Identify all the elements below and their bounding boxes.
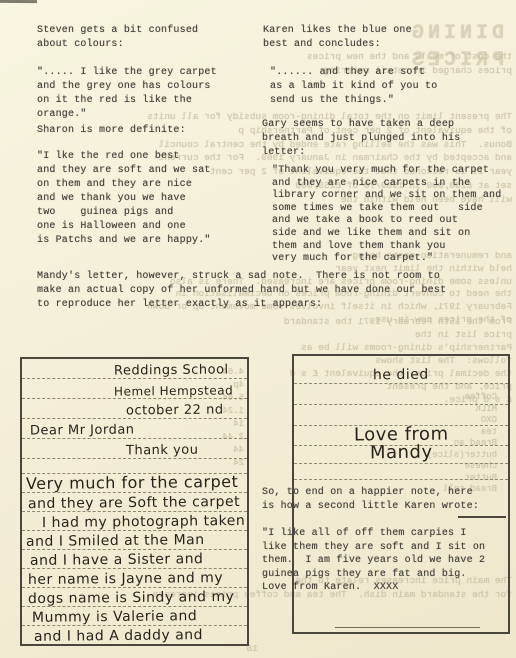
karen2-quote-paragraph: "I like all of off them carpies I like t… — [262, 527, 512, 595]
handwritten-line — [294, 405, 508, 426]
handwritten-line: dogs name is Sindy and my — [22, 588, 247, 607]
handwritten-line: he died — [294, 356, 508, 384]
handwritten-line: and I have a Sister and — [22, 550, 247, 569]
scan-artifact — [0, 0, 37, 3]
mandy-letter-box-page1: Reddings School Hemel Hempstead october … — [20, 357, 249, 646]
sharon-quote-paragraph: "I lke the red one best and they are sof… — [37, 150, 249, 248]
steven-intro-paragraph: Steven gets a bit confused about colours… — [37, 24, 249, 52]
handwritten-line: Reddings School — [22, 359, 247, 379]
handwritten-line — [294, 464, 508, 480]
handwritten-line: and they are Soft the carpet — [22, 493, 247, 512]
handwritten-line: her name is Jayne and my — [22, 569, 247, 588]
handwritten-line: and I Smiled at the Man — [22, 531, 247, 550]
handwritten-line: Hemel Hempstead — [22, 379, 247, 399]
gary-intro-paragraph: Gary seems to have taken a deep breath a… — [262, 118, 510, 160]
scanned-newsletter-page: DINING PRICES the cost of meals and the … — [0, 0, 516, 658]
handwritten-line: I had my photograph taken — [22, 512, 247, 531]
ruled-line-fragment — [335, 627, 480, 628]
handwritten-line — [294, 384, 508, 405]
steven-quote-paragraph: "..... I like the grey carpet and the gr… — [37, 66, 249, 122]
karen-intro-paragraph: Karen likes the blue one best and conclu… — [263, 24, 511, 52]
handwritten-line: Thank you — [22, 439, 247, 459]
handwritten-line: october 22 nd — [22, 399, 247, 419]
gary-quote-paragraph: "Thank you very much for the carpet and … — [272, 165, 510, 266]
mandy-transition-paragraph: Mandy's letter, however, struck a sad no… — [37, 270, 509, 312]
handwritten-line: and I had A daddy and — [22, 626, 247, 644]
happier-note-paragraph: So, to end on a happier note, here is ho… — [262, 486, 512, 513]
handwritten-line: Dear Mr Jordan — [22, 419, 247, 439]
sharon-intro-paragraph: Sharon is more definite: — [37, 124, 249, 138]
karen-quote-paragraph: "...... and they are soft as a lamb it k… — [270, 66, 510, 108]
handwritten-line: Mummy is Valerie and — [22, 607, 247, 626]
handwritten-line: Very much for the carpet — [22, 474, 247, 493]
underline-mark — [458, 516, 506, 518]
handwritten-line: Mandy — [294, 446, 508, 464]
